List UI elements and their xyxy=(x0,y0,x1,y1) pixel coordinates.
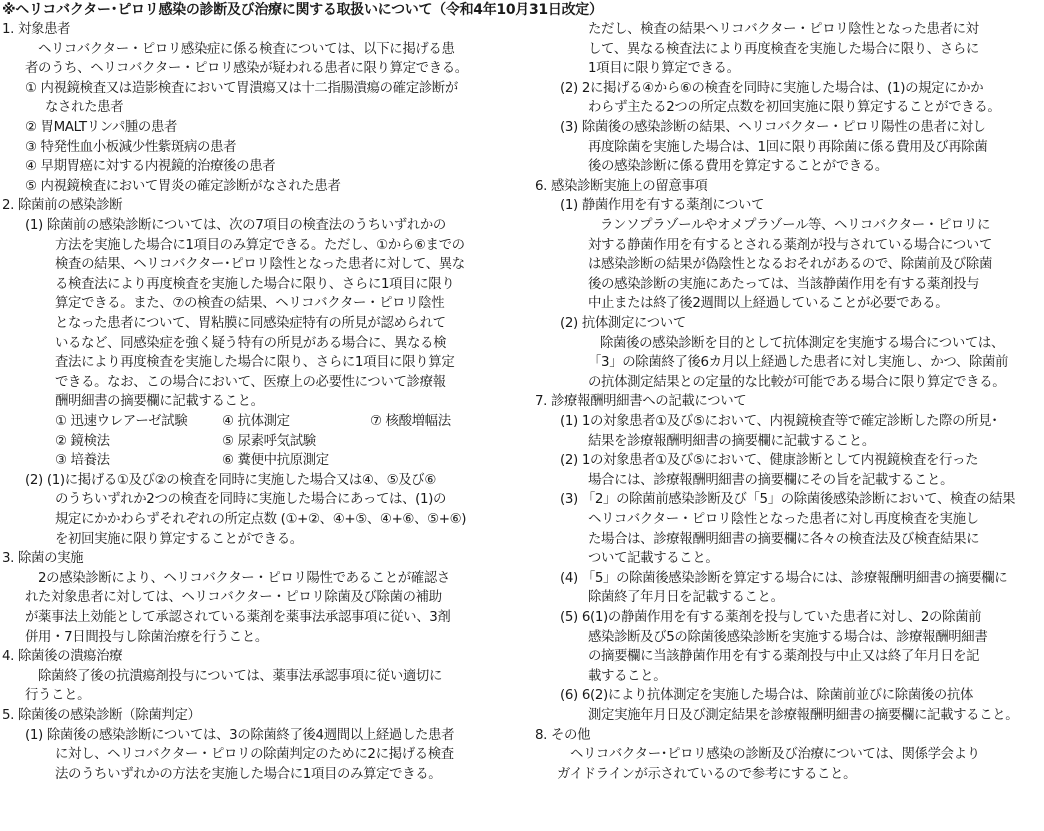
text-line: 酬明細書の摘要欄に記載すること。 xyxy=(55,392,264,412)
text-line: 法のうちいずれかの方法を実施した場合に1項目のみ算定できる。 xyxy=(55,765,441,785)
document-title: ※ヘリコバクター･ピロリ感染の診断及び治療に関する取扱いについて（令和4年10月… xyxy=(2,0,603,20)
text-line: た場合は、診療報酬明細書の摘要欄に各々の検査法及び検査結果に xyxy=(588,530,979,550)
text-line: 対する静菌作用を有するとされる薬剤が投与されている場合について xyxy=(588,236,992,256)
test-method-item: ④ 抗体測定 xyxy=(222,412,290,432)
text-line: 行うこと。 xyxy=(25,686,90,706)
text-line: 2. 除菌前の感染診断 xyxy=(2,196,122,216)
text-line: ただし、検査の結果ヘリコバクター・ピロリ陰性となった患者に対 xyxy=(588,20,979,40)
text-line: ヘリコバクター・ピロリ陰性となった患者に対し再度検査を実施し xyxy=(588,510,979,530)
test-method-item: ⑦ 核酸増幅法 xyxy=(370,412,451,432)
text-line: が薬事法上効能として承認されている薬剤を薬事法承認事項に従い、3剤 xyxy=(25,608,450,628)
text-line: (1) 1の対象患者①及び⑤において、内視鏡検査等で確定診断した際の所見･ xyxy=(560,412,998,432)
text-line: (2) 1の対象患者①及び⑤において、健康診断として内視鏡検査を行った xyxy=(560,451,978,471)
text-line: 方法を実施した場合に1項目のみ算定できる。ただし、①から⑥までの xyxy=(55,236,465,256)
text-line: を初回実施に限り算定することができる。 xyxy=(55,530,303,550)
text-line: 6. 感染診断実施上の留意事項 xyxy=(535,177,707,197)
text-line: (1) 静菌作用を有する薬剤について xyxy=(560,196,764,216)
text-line: 1. 対象患者 xyxy=(2,20,70,40)
text-line: (2) 抗体測定について xyxy=(560,314,686,334)
text-line: に対し、ヘリコバクター・ピロリの除菌判定のために2に掲げる検査 xyxy=(55,745,454,765)
text-line: れた対象患者に対しては、ヘリコバクター・ピロリ除菌及び除菌の補助 xyxy=(25,588,442,608)
text-line: (6) 6(2)により抗体測定を実施した場合は、除菌前並びに除菌後の抗体 xyxy=(560,686,973,706)
text-line: ② 胃MALTリンパ腫の患者 xyxy=(25,118,177,138)
text-line: 者のうち、ヘリコバクター・ピロリ感染が疑われる患者に限り算定できる。 xyxy=(25,59,468,79)
text-line: できる。なお、この場合において、医療上の必要性について診療報 xyxy=(55,373,446,393)
text-line: 規定にかかわらずそれぞれの所定点数 (①+②、④+⑤、④+⑥、⑤+⑥) xyxy=(55,510,466,530)
test-method-item: ⑤ 尿素呼気試験 xyxy=(222,432,316,452)
text-line: ランソプラゾールやオメプラゾール等、ヘリコバクター・ピロリに xyxy=(600,216,990,236)
test-method-item: ③ 培養法 xyxy=(55,451,110,471)
text-line: 4. 除菌後の潰瘍治療 xyxy=(2,647,122,667)
text-line: (4) 「5」の除菌後感染診断を算定する場合には、診療報酬明細書の摘要欄に xyxy=(560,569,1007,589)
text-line: ヘリコバクター・ピロリ感染症に係る検査については、以下に掲げる患 xyxy=(38,40,455,60)
text-line: 後の感染診断の実施にあたっては、当該静菌作用を有する薬剤投与 xyxy=(588,275,979,295)
text-line: 併用・7日間投与し除菌治療を行うこと。 xyxy=(25,628,268,648)
test-method-item: ① 迅速ウレアーゼ試験 xyxy=(55,412,187,432)
text-line: のうちいずれか2つの検査を同時に実施した場合にあっては、(1)の xyxy=(55,490,446,510)
text-line: 再度除菌を実施した場合は、1回に限り再除菌に係る費用及び再除菌 xyxy=(588,138,987,158)
text-line: となった患者について、胃粘膜に同感染症特有の所見が認められて xyxy=(55,314,446,334)
text-line: 2の感染診断により、ヘリコバクター・ピロリ陽性であることが確認さ xyxy=(38,569,450,589)
text-line: 中止または終了後2週間以上経過していることが必要である。 xyxy=(588,294,948,314)
text-line: (1) 除菌後の感染診断については、3の除菌終了後4週間以上経過した患者 xyxy=(25,726,454,746)
text-line: 1項目に限り算定できる。 xyxy=(588,59,740,79)
text-line: ④ 早期胃癌に対する内視鏡的治療後の患者 xyxy=(25,157,275,177)
text-line: 載すること。 xyxy=(588,667,666,687)
text-line: して、異なる検査法により再度検査を実施した場合に限り、さらに xyxy=(588,40,979,60)
text-line: 除菌終了後の抗潰瘍剤投与については、薬事法承認事項に従い適切に xyxy=(38,667,442,687)
text-line: 測定実施年月日及び測定結果を診療報酬明細書の摘要欄に記載すること。 xyxy=(588,706,1018,726)
text-line: いるなど、同感染症を強く疑う特有の所見がある場合に、異なる検 xyxy=(55,334,446,354)
text-line: ヘリコバクター･ピロリ感染の診断及び治療については、関係学会より xyxy=(570,745,980,765)
text-line: ① 内視鏡検査又は造影検査において胃潰瘍又は十二指腸潰瘍の確定診断が xyxy=(25,79,458,99)
text-line: の抗体測定結果との定量的な比較が可能である場合に限り算定できる。 xyxy=(588,373,1005,393)
text-line: 検査の結果、ヘリコバクター･ピロリ陰性となった患者に対して、異な xyxy=(55,255,465,275)
text-line: は感染診断の結果が偽陰性となるおそれがあるので、除菌前及び除菌 xyxy=(588,255,992,275)
text-line: (1) 除菌前の感染診断については、次の7項目の検査法のうちいずれかの xyxy=(25,216,446,236)
text-line: (5) 6(1)の静菌作用を有する薬剤を投与していた患者に対し、2の除菌前 xyxy=(560,608,981,628)
text-line: 「3」の除菌終了後6カ月以上経過した患者に対し実施し、かつ、除菌前 xyxy=(588,353,1008,373)
text-line: 感染診断及び5の除菌後感染診断を実施する場合は、診療報酬明細書 xyxy=(588,628,987,648)
text-line: (2) (1)に掲げる①及び②の検査を同時に実施した場合又は④、⑤及び⑥ xyxy=(25,471,436,491)
text-line: 算定できる。また、⑦の検査の結果、ヘリコバクター・ピロリ陰性 xyxy=(55,294,444,314)
text-line: の摘要欄に当該静菌作用を有する薬剤投与中止又は終了年月日を記 xyxy=(588,647,979,667)
text-line: (3) 「2」の除菌前感染診断及び「5」の除菌後感染診断において、検査の結果 xyxy=(560,490,1015,510)
text-line: 8. その他 xyxy=(535,726,590,746)
text-line: 除菌終了年月日を記載すること。 xyxy=(588,588,784,608)
text-line: 5. 除菌後の感染診断（除菌判定） xyxy=(2,706,201,726)
text-line: (3) 除菌後の感染診断の結果、ヘリコバクター・ピロリ陽性の患者に対し xyxy=(560,118,986,138)
text-line: 3. 除菌の実施 xyxy=(2,549,83,569)
text-line: 査法により再度検査を実施した場合に限り、さらに1項目に限り算定 xyxy=(55,353,454,373)
text-line: なされた患者 xyxy=(45,98,123,118)
text-line: (2) 2に掲げる④から⑥の検査を同時に実施した場合は、(1)の規定にかか xyxy=(560,79,983,99)
text-line: る検査法により再度検査を実施した場合に限り、さらに1項目に限り xyxy=(55,275,454,295)
text-line: 後の感染診断に係る費用を算定することができる。 xyxy=(588,157,888,177)
test-method-item: ② 鏡検法 xyxy=(55,432,110,452)
text-line: 結果を診療報酬明細書の摘要欄に記載すること。 xyxy=(588,432,875,452)
text-line: 7. 診療報酬明細書への記載について xyxy=(535,392,746,412)
text-line: わらず主たる2つの所定点数を初回実施に限り算定することができる。 xyxy=(588,98,1000,118)
text-line: ⑤ 内視鏡検査において胃炎の確定診断がなされた患者 xyxy=(25,177,341,197)
text-line: ③ 特発性血小板減少性紫斑病の患者 xyxy=(25,138,236,158)
text-line: 場合には、診療報酬明細書の摘要欄にその旨を記載すること。 xyxy=(588,471,953,491)
text-line: ついて記載すること。 xyxy=(588,549,718,569)
text-line: ガイドラインが示されているので参考にすること。 xyxy=(557,765,856,785)
text-line: 除菌後の感染診断を目的として抗体測定を実施する場合については、 xyxy=(600,334,1004,354)
test-method-item: ⑥ 糞便中抗原測定 xyxy=(222,451,329,471)
